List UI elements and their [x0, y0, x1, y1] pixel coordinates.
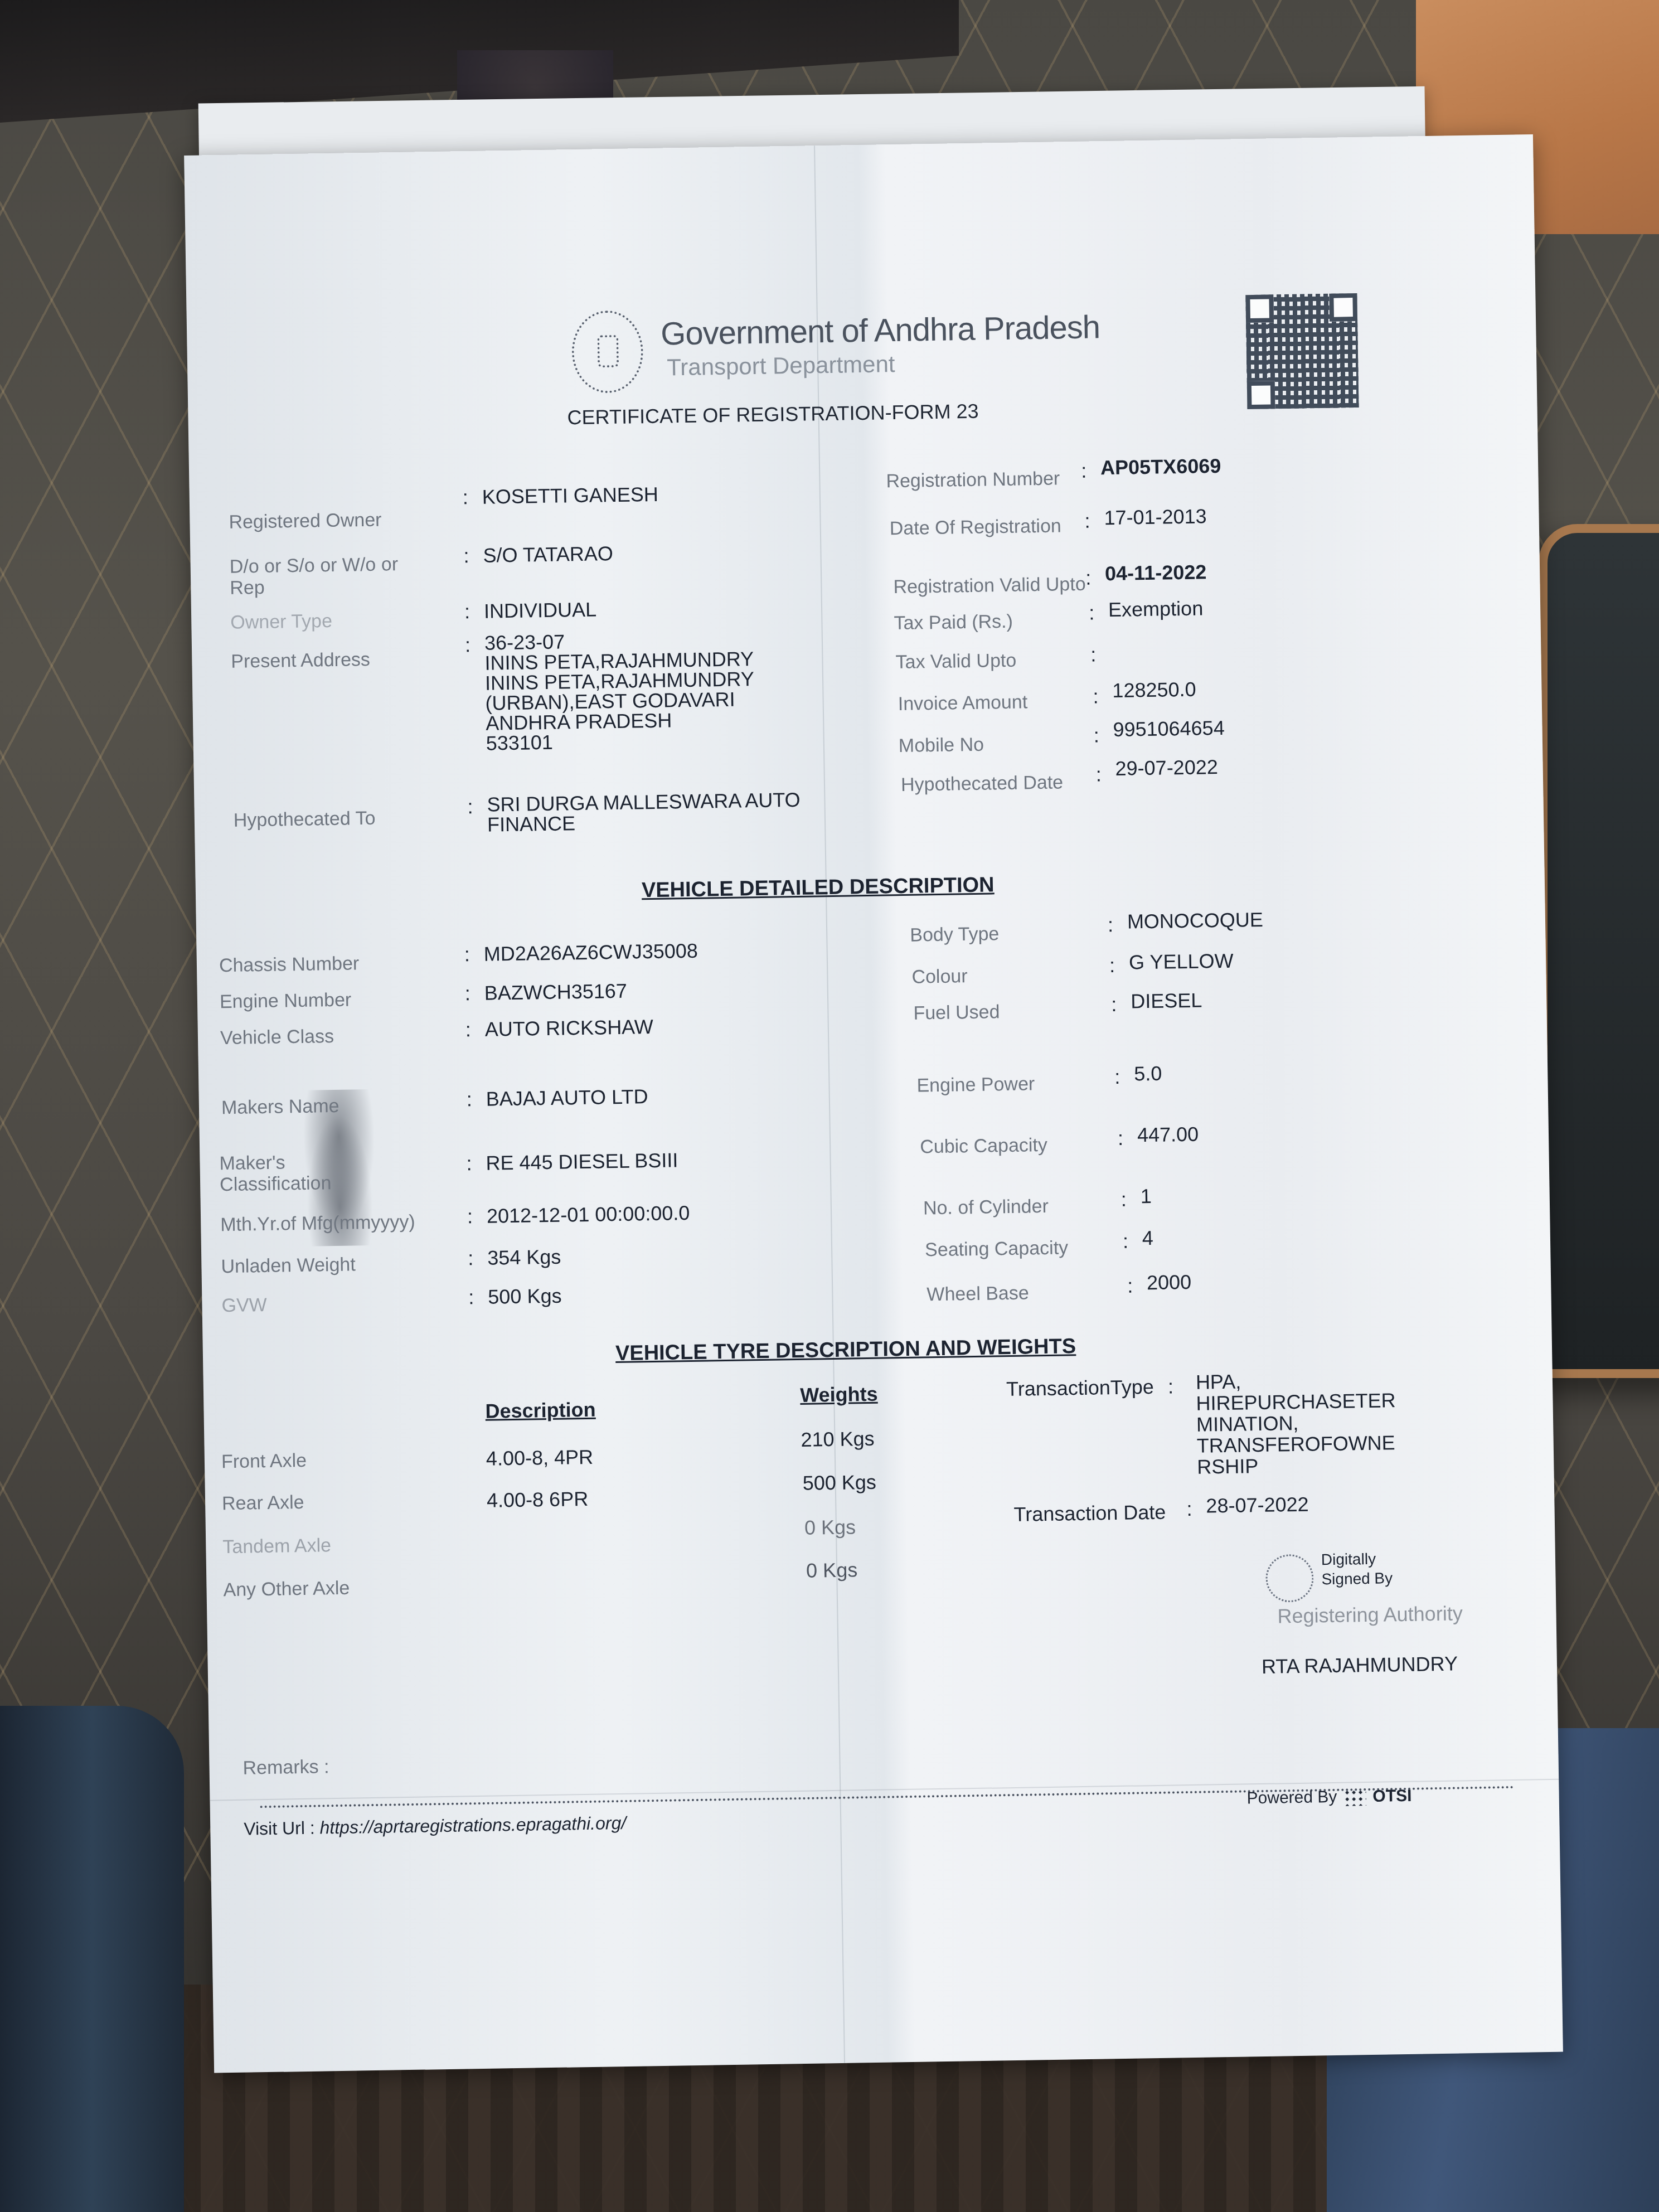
signature-line-2: Signed By	[1321, 1569, 1393, 1588]
label-makers-name: Makers Name	[221, 1095, 339, 1119]
value-owner-type: INDIVIDUAL	[484, 598, 597, 623]
smartphone	[1539, 524, 1659, 1378]
label-seating-capacity: Seating Capacity	[925, 1237, 1069, 1261]
label-owner-type: Owner Type	[230, 610, 332, 634]
label-relation: D/o or S/o or W/o or Rep	[229, 554, 414, 599]
value-registration-number: AP05TX6069	[1100, 454, 1221, 479]
value-hypothecated-date: 29-07-2022	[1115, 755, 1218, 780]
value-cubic-capacity: 447.00	[1137, 1123, 1199, 1147]
value-invoice-amount: 128250.0	[1112, 678, 1196, 702]
value-makers-classification: RE 445 DIESEL BSIII	[486, 1148, 678, 1175]
remarks-label: Remarks :	[242, 1756, 329, 1779]
value-engine-power: 5.0	[1134, 1062, 1162, 1086]
value-seating-capacity: 4	[1142, 1226, 1154, 1250]
label-mfg-date: Mth.Yr.of Mfg(mmyyyy)	[220, 1211, 415, 1236]
value-makers-name: BAJAJ AUTO LTD	[486, 1085, 648, 1111]
government-title: Government of Andhra Pradesh	[661, 308, 1100, 352]
label-registration-number: Registration Number	[886, 468, 1060, 492]
value-gvw: 500 Kgs	[488, 1284, 562, 1309]
label-hypothecated-date: Hypothecated Date	[901, 772, 1064, 796]
value-registered-owner: KOSETTI GANESH	[482, 483, 659, 509]
label-registration-valid-upto: Registration Valid Upto	[893, 574, 1086, 598]
digital-signature-seal-icon	[1265, 1554, 1314, 1602]
qr-code-icon[interactable]	[1245, 293, 1359, 409]
value-unladen-weight: 354 Kgs	[487, 1245, 561, 1270]
label-date-of-registration: Date Of Registration	[890, 515, 1062, 540]
value-body-type: MONOCOQUE	[1127, 908, 1264, 934]
value-relation: S/O TATARAO	[483, 542, 613, 567]
value-mfg-date: 2012-12-01 00:00:00.0	[487, 1201, 690, 1228]
value-transaction-type: HPA, HIREPURCHASETER MINATION, TRANSFERO…	[1196, 1369, 1397, 1478]
label-makers-classification: Maker's Classification	[219, 1151, 342, 1195]
visit-url: Visit Url : https://aprtaregistrations.e…	[244, 1813, 626, 1840]
label-present-address: Present Address	[231, 649, 370, 673]
otsi-logo-icon	[1343, 1789, 1366, 1806]
label-engine-number: Engine Number	[220, 989, 352, 1013]
signature-line-1: Digitally	[1321, 1550, 1376, 1569]
value-wheel-base: 2000	[1147, 1270, 1192, 1294]
value-present-address: 36-23-07 ININS PETA,RAJAHMUNDRY ININS PE…	[484, 629, 755, 754]
value-fuel-used: DIESEL	[1131, 989, 1202, 1013]
department-subtitle: Transport Department	[667, 351, 895, 381]
label-gvw: GVW	[221, 1294, 267, 1317]
state-emblem-icon	[571, 310, 644, 394]
label-colour: Colour	[911, 966, 968, 988]
label-hypothecated-to: Hypothecated To	[234, 808, 376, 832]
label-wheel-base: Wheel Base	[926, 1282, 1029, 1306]
label-fuel-used: Fuel Used	[913, 1001, 1000, 1024]
value-hypothecated-to: SRI DURGA MALLESWARA AUTO FINANCE	[487, 790, 801, 835]
label-transaction-type: TransactionType	[1006, 1375, 1154, 1401]
label-chassis-number: Chassis Number	[219, 953, 360, 977]
label-transaction-date: Transaction Date	[1013, 1501, 1166, 1526]
section-title-vehicle-details: VEHICLE DETAILED DESCRIPTION	[642, 873, 995, 903]
paper-fold-vertical	[814, 145, 845, 2063]
label-tax-valid-upto: Tax Valid Upto	[895, 650, 1016, 673]
label-mobile-no: Mobile No	[899, 734, 984, 757]
registration-certificate: Government of Andhra Pradesh Transport D…	[184, 134, 1563, 2073]
label-no-of-cylinder: No. of Cylinder	[923, 1196, 1049, 1220]
value-date-of-registration: 17-01-2013	[1104, 505, 1207, 530]
section-title-tyre-weights: VEHICLE TYRE DESCRIPTION AND WEIGHTS	[615, 1335, 1076, 1366]
rta-office: RTA RAJAHMUNDRY	[1262, 1652, 1458, 1679]
value-no-of-cylinder: 1	[1140, 1185, 1152, 1208]
label-tax-paid: Tax Paid (Rs.)	[894, 611, 1013, 634]
column-header-weights: Weights	[800, 1382, 878, 1407]
value-tax-paid: Exemption	[1108, 596, 1204, 622]
value-registration-valid-upto: 04-11-2022	[1105, 560, 1207, 585]
registering-authority: Registering Authority	[1277, 1602, 1463, 1628]
label-engine-power: Engine Power	[916, 1073, 1035, 1097]
knee-left	[0, 1706, 184, 2212]
value-engine-number: BAZWCH35167	[484, 979, 627, 1005]
powered-by: Powered ByOTSI	[1246, 1787, 1411, 1808]
label-body-type: Body Type	[910, 923, 1000, 947]
column-header-description: Description	[485, 1398, 596, 1423]
value-chassis-number: MD2A26AZ6CWJ35008	[483, 939, 698, 966]
label-invoice-amount: Invoice Amount	[898, 691, 1027, 715]
label-registered-owner: Registered Owner	[229, 510, 382, 533]
value-vehicle-class: AUTO RICKSHAW	[485, 1015, 654, 1041]
value-colour: G YELLOW	[1129, 949, 1234, 974]
label-vehicle-class: Vehicle Class	[220, 1026, 334, 1049]
visit-url-link[interactable]: https://aprtaregistrations.epragathi.org…	[319, 1813, 626, 1838]
label-cubic-capacity: Cubic Capacity	[920, 1134, 1047, 1158]
value-transaction-date: 28-07-2022	[1206, 1493, 1309, 1518]
label-unladen-weight: Unladen Weight	[221, 1254, 356, 1278]
value-mobile-no: 9951064654	[1113, 716, 1225, 741]
form-title: CERTIFICATE OF REGISTRATION-FORM 23	[567, 400, 979, 430]
